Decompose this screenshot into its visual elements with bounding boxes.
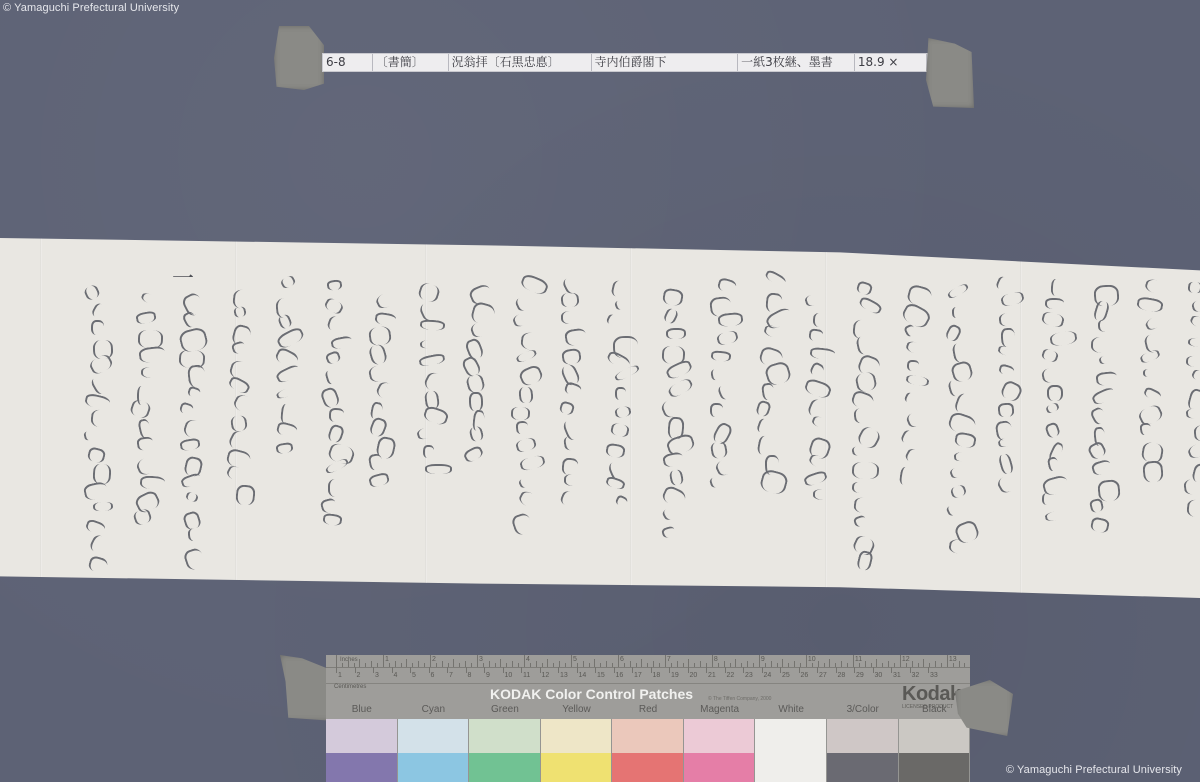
- ink-stroke: [425, 464, 452, 474]
- patch-saturated: [684, 753, 755, 782]
- ruler-tick: [503, 667, 504, 673]
- ink-stroke: [1140, 441, 1164, 463]
- ink-stroke: [1041, 348, 1060, 363]
- ink-stroke: [905, 409, 928, 429]
- ink-stroke: [83, 481, 109, 501]
- ruler-inch-label: 12: [902, 656, 910, 663]
- ruler-cm-label: 12: [542, 672, 550, 679]
- patch-label-3-color: 3/Color: [827, 704, 899, 718]
- copyright-watermark-bottom: © Yamaguchi Prefectural University: [1006, 764, 1182, 776]
- patch-saturated: [326, 753, 397, 782]
- ruler-tick: [799, 667, 800, 673]
- ink-stroke: [716, 383, 733, 401]
- ruler-cm-label: 2: [357, 672, 361, 679]
- ruler-inch-label: 5: [573, 656, 577, 663]
- ink-stroke: [953, 432, 976, 449]
- ink-stroke: [810, 415, 832, 431]
- ink-stroke: [1042, 493, 1054, 505]
- ruler-cm-label: 31: [893, 672, 901, 679]
- ink-stroke: [276, 421, 298, 438]
- patch-label-green: Green: [469, 704, 541, 718]
- catalog-label-cell: 寺内伯爵閣下: [592, 54, 739, 71]
- ink-stroke: [852, 481, 870, 493]
- ink-stroke: [809, 361, 826, 378]
- ruler-tick: [577, 667, 578, 673]
- paper-fold: [40, 238, 42, 598]
- ruler-inch-label: 10: [808, 656, 816, 663]
- ink-stroke: [999, 379, 1024, 404]
- ruler-tick: [594, 659, 595, 667]
- patch-labels: BlueCyanGreenYellowRedMagentaWhite3/Colo…: [326, 704, 970, 718]
- ruler-cm-label: 20: [690, 672, 698, 679]
- ruler-tick: [614, 667, 615, 673]
- ink-stroke: [1187, 439, 1200, 461]
- ink-stroke: [516, 421, 529, 434]
- patch-light: [541, 719, 612, 753]
- ink-stroke: [998, 312, 1019, 327]
- ink-stroke: [419, 319, 445, 331]
- color-patch-red: [612, 719, 684, 782]
- ruler-inch-label: 9: [761, 656, 765, 663]
- ink-stroke: [946, 503, 960, 517]
- ink-stroke: [418, 353, 446, 368]
- ruler-tick: [712, 655, 713, 667]
- color-patch-green: [469, 719, 541, 782]
- ink-stroke: [998, 363, 1015, 377]
- ruler-tick: [641, 659, 642, 667]
- ink-stroke: [950, 484, 968, 500]
- ink-stroke: [1139, 349, 1161, 364]
- ink-stroke: [136, 436, 154, 451]
- handwritten-column: [658, 289, 690, 552]
- ink-stroke: [1186, 407, 1200, 418]
- ink-stroke: [904, 339, 929, 357]
- copyright-watermark-top: © Yamaguchi Prefectural University: [3, 2, 179, 14]
- ink-stroke: [1047, 385, 1063, 401]
- ink-stroke: [367, 472, 389, 488]
- ruler-tick: [759, 655, 760, 667]
- ruler-tick: [453, 659, 454, 667]
- ink-stroke: [903, 392, 916, 406]
- handwritten-column: [1038, 276, 1070, 530]
- patch-light: [684, 719, 755, 753]
- ink-stroke: [1188, 337, 1200, 348]
- ink-stroke: [853, 496, 875, 513]
- ink-stroke: [84, 430, 96, 441]
- ink-stroke: [614, 299, 628, 311]
- ruler-tick: [383, 655, 384, 667]
- ruler-tick: [447, 667, 448, 673]
- ruler-cm-label: 6: [431, 672, 435, 679]
- heading-mark: 一: [172, 262, 194, 293]
- ruler-cm-label: 23: [745, 672, 753, 679]
- ink-stroke: [854, 371, 877, 392]
- ink-stroke: [661, 525, 677, 539]
- ruler-cm-label: 19: [671, 672, 679, 679]
- ruler-cm-label: 4: [394, 672, 398, 679]
- ink-stroke: [275, 326, 305, 351]
- ink-stroke: [559, 489, 579, 508]
- ink-stroke: [997, 344, 1021, 358]
- ink-stroke: [329, 407, 344, 421]
- ink-stroke: [1142, 460, 1164, 483]
- ruler-tick: [466, 667, 467, 673]
- ink-stroke: [185, 491, 199, 503]
- handwritten-column: [460, 283, 492, 481]
- ink-stroke: [1096, 371, 1118, 386]
- ink-stroke: [233, 306, 247, 318]
- handwritten-column: [1180, 280, 1200, 532]
- ink-stroke: [1143, 386, 1162, 402]
- ruler-tick: [558, 667, 559, 673]
- ink-stroke: [661, 506, 678, 522]
- ink-stroke: [1044, 421, 1061, 438]
- handwritten-column: [943, 286, 975, 572]
- handwritten-column: [1133, 279, 1165, 479]
- patch-label-white: White: [755, 704, 827, 718]
- ink-stroke: [669, 469, 685, 487]
- ruler-tick: [853, 655, 854, 667]
- ink-stroke: [907, 360, 920, 372]
- ink-stroke: [93, 464, 112, 485]
- ruler-cm-label: 25: [782, 672, 790, 679]
- ink-stroke: [91, 320, 104, 336]
- ink-stroke: [666, 328, 686, 340]
- ink-stroke: [515, 348, 538, 364]
- ink-stroke: [755, 400, 772, 418]
- ruler-inch-label: 2: [432, 656, 436, 663]
- ink-stroke: [187, 527, 203, 541]
- ink-stroke: [813, 489, 839, 500]
- ink-stroke: [997, 402, 1014, 417]
- patch-saturated: [541, 753, 612, 782]
- patch-light: [755, 719, 826, 782]
- handwritten-column: [317, 280, 349, 548]
- ruler-tick: [735, 659, 736, 667]
- ink-stroke: [137, 418, 152, 439]
- ink-stroke: [469, 392, 483, 412]
- ink-stroke: [368, 343, 389, 366]
- ink-stroke: [1190, 368, 1200, 383]
- ink-stroke: [710, 441, 729, 459]
- patch-light: [326, 719, 397, 753]
- kodak-color-control-card: Inches 12345678910111213 123456789101112…: [326, 655, 970, 782]
- ruler-cm-label: 9: [486, 672, 490, 679]
- ink-stroke: [710, 368, 723, 381]
- ruler-cm-label: 16: [616, 672, 624, 679]
- ink-stroke: [610, 280, 628, 299]
- handwritten-column: [555, 274, 587, 510]
- ink-stroke: [368, 362, 395, 383]
- ink-stroke: [1000, 291, 1025, 309]
- ink-stroke: [756, 435, 773, 457]
- ink-stroke: [139, 475, 164, 490]
- ink-stroke: [1186, 499, 1200, 518]
- ink-stroke: [1089, 516, 1109, 533]
- ruler-tick: [571, 655, 572, 667]
- patch-label-yellow: Yellow: [541, 704, 613, 718]
- ink-stroke: [610, 422, 630, 437]
- ink-stroke: [564, 474, 587, 486]
- ruler-tick: [817, 667, 818, 673]
- catalog-label-cell: 18.9 ×: [855, 54, 927, 71]
- ink-stroke: [324, 297, 345, 316]
- ink-stroke: [1143, 369, 1156, 377]
- patch-saturated: [899, 753, 970, 782]
- ruler-cm-label: 8: [468, 672, 472, 679]
- ruler-inch-label: 11: [855, 656, 862, 663]
- ink-stroke: [1045, 402, 1061, 415]
- ruler-tick: [829, 659, 830, 667]
- ruler-tick: [484, 667, 485, 673]
- ruler-cm-label: 7: [449, 672, 453, 679]
- ruler-cm-label: 26: [801, 672, 809, 679]
- handwritten-column: [222, 287, 254, 516]
- handwritten-column: [127, 292, 159, 538]
- ink-stroke: [140, 367, 165, 379]
- ink-stroke: [416, 424, 441, 441]
- ink-stroke: [1193, 424, 1200, 441]
- ruler-inch-label: 4: [526, 656, 530, 663]
- ink-stroke: [906, 374, 930, 387]
- patch-saturated: [398, 753, 469, 782]
- ink-stroke: [661, 451, 684, 468]
- ruler-tick: [651, 667, 652, 673]
- handwritten-column: [753, 273, 785, 500]
- patch-light: [899, 719, 970, 753]
- ink-stroke: [326, 279, 342, 291]
- ink-stroke: [561, 292, 580, 308]
- ink-stroke: [1045, 297, 1064, 309]
- ink-stroke: [855, 280, 873, 296]
- ink-stroke: [1191, 298, 1200, 314]
- ink-stroke: [756, 418, 771, 434]
- ink-stroke: [83, 284, 101, 302]
- ruler-tick: [521, 667, 522, 673]
- ruler-cm-label: 29: [856, 672, 864, 679]
- ink-stroke: [368, 416, 388, 438]
- ruler-tick: [923, 659, 924, 667]
- catalog-label-cell: 6-8: [323, 54, 373, 71]
- ruler-tick: [429, 667, 430, 673]
- ink-stroke: [235, 484, 256, 505]
- ink-stroke: [898, 466, 912, 485]
- ink-stroke: [324, 350, 341, 365]
- ink-stroke: [952, 307, 963, 318]
- ruler-cm-label: 14: [579, 672, 587, 679]
- ink-stroke: [87, 555, 109, 575]
- ink-stroke: [952, 342, 970, 363]
- ruler-cm-label: 22: [727, 672, 735, 679]
- patch-saturated: [612, 753, 683, 782]
- ink-stroke: [662, 288, 684, 307]
- ruler-tick: [782, 659, 783, 667]
- ink-stroke: [808, 328, 824, 342]
- ruler-tick: [706, 667, 707, 673]
- ink-stroke: [90, 410, 113, 429]
- ruler-tick: [430, 655, 431, 667]
- ink-stroke: [1098, 319, 1116, 333]
- ink-stroke: [281, 403, 293, 423]
- ruler-tick: [524, 655, 525, 667]
- ink-stroke: [326, 315, 345, 333]
- color-patch-white: [755, 719, 827, 782]
- ink-stroke: [274, 364, 300, 385]
- ruler-cm-label: 3: [375, 672, 379, 679]
- ink-stroke: [134, 453, 163, 478]
- ruler-tick: [743, 667, 744, 673]
- ruler-tick: [780, 667, 781, 673]
- ruler-tick: [477, 655, 478, 667]
- ruler-tick: [595, 667, 596, 673]
- color-patch-cyan: [398, 719, 470, 782]
- ink-stroke: [374, 311, 397, 326]
- ink-stroke: [761, 382, 776, 401]
- ruler-tick: [900, 655, 901, 667]
- ink-stroke: [90, 375, 108, 395]
- ink-stroke: [948, 539, 974, 557]
- catalog-label-cell: 一紙3枚継、墨書: [738, 54, 855, 71]
- ink-stroke: [660, 484, 687, 509]
- ruler-tick: [540, 667, 541, 673]
- ink-stroke: [856, 550, 874, 571]
- patch-light: [469, 719, 540, 753]
- handwritten-column: [848, 281, 880, 572]
- ruler: Inches 12345678910111213 123456789101112…: [326, 655, 970, 684]
- ink-stroke: [716, 329, 739, 346]
- ruler-inch-label: 1: [385, 656, 389, 663]
- ruler-tick: [873, 667, 874, 673]
- ink-stroke: [995, 275, 1011, 291]
- patch-saturated: [469, 753, 540, 782]
- handwritten-column: [412, 282, 444, 494]
- ruler-tick: [725, 667, 726, 673]
- ruler-tick: [806, 655, 807, 667]
- ruler-cm-label: 28: [838, 672, 846, 679]
- ink-stroke: [1091, 386, 1117, 407]
- ink-stroke: [804, 292, 825, 308]
- ink-stroke: [1044, 509, 1070, 522]
- patch-light: [398, 719, 469, 753]
- ruler-cm-label: 11: [523, 672, 530, 679]
- ink-stroke: [514, 295, 532, 312]
- ink-stroke: [511, 310, 534, 329]
- ink-stroke: [810, 347, 836, 361]
- ink-stroke: [614, 406, 632, 419]
- catalog-label: 6-8〔書簡〕況翁拝〔石黒忠悳〕寺内伯爵閣下一紙3枚継、墨書18.9 ×: [322, 53, 928, 72]
- ruler-tick: [547, 659, 548, 667]
- ink-stroke: [468, 426, 484, 443]
- ink-stroke: [276, 441, 294, 454]
- catalog-label-cell: 況翁拝〔石黒忠悳〕: [449, 54, 592, 71]
- ink-stroke: [564, 381, 582, 397]
- ink-stroke: [1041, 310, 1065, 328]
- ink-stroke: [280, 275, 297, 290]
- handwritten-column: [990, 273, 1022, 499]
- ruler-cm-label: 17: [634, 672, 642, 679]
- ink-stroke: [320, 497, 338, 514]
- ink-stroke: [954, 452, 974, 462]
- ink-stroke: [813, 312, 829, 327]
- ink-stroke: [186, 385, 200, 398]
- ruler-tick: [688, 667, 689, 673]
- ink-stroke: [1136, 296, 1164, 313]
- ink-stroke: [615, 386, 626, 399]
- ink-stroke: [558, 400, 575, 416]
- ink-stroke: [709, 402, 722, 416]
- ink-stroke: [564, 327, 587, 346]
- ruler-tick: [876, 659, 877, 667]
- ink-stroke: [462, 444, 485, 464]
- ink-stroke: [944, 322, 963, 342]
- ink-stroke: [708, 476, 722, 489]
- ruler-tick: [359, 659, 360, 667]
- ink-stroke: [561, 457, 579, 475]
- ruler-cm-label: 5: [412, 672, 416, 679]
- ruler-tick: [355, 667, 356, 673]
- ink-stroke: [232, 288, 257, 309]
- patch-light: [612, 719, 683, 753]
- patch-label-blue: Blue: [326, 704, 398, 718]
- ink-stroke: [996, 471, 1022, 495]
- ink-stroke: [858, 295, 884, 316]
- patch-label-magenta: Magenta: [684, 704, 756, 718]
- ink-stroke: [710, 350, 731, 362]
- handwritten-column: [895, 285, 927, 496]
- ink-stroke: [1041, 366, 1063, 384]
- ink-stroke: [83, 392, 110, 411]
- ink-stroke: [322, 513, 343, 527]
- ink-stroke: [230, 415, 248, 433]
- ruler-tick: [336, 655, 337, 667]
- ruler-cm-label: 10: [505, 672, 513, 679]
- ink-stroke: [1089, 406, 1108, 426]
- ruler-centimetres-label: Centimetres: [334, 684, 366, 690]
- ink-stroke: [328, 479, 346, 497]
- ruler-tick: [836, 667, 837, 673]
- ink-stroke: [803, 470, 828, 488]
- ruler-cm-label: 27: [819, 672, 827, 679]
- ink-stroke: [1139, 423, 1152, 437]
- kodak-card-title: KODAK Color Control Patches: [490, 686, 693, 702]
- ruler-tick: [928, 667, 929, 673]
- ink-stroke: [561, 311, 583, 324]
- ink-stroke: [420, 339, 440, 349]
- handwritten-column: [270, 277, 302, 467]
- ruler-tick: [910, 667, 911, 673]
- ink-stroke: [855, 334, 874, 355]
- ink-stroke: [327, 423, 346, 444]
- ink-stroke: [803, 377, 833, 400]
- ink-stroke: [1098, 352, 1115, 365]
- ink-stroke: [900, 429, 917, 446]
- ink-stroke: [714, 455, 739, 477]
- ink-stroke: [178, 401, 194, 416]
- ruler-tick: [410, 667, 411, 673]
- ink-stroke: [614, 494, 629, 508]
- ink-stroke: [851, 445, 866, 457]
- patch-saturated: [827, 753, 898, 782]
- ruler-tick: [854, 667, 855, 673]
- ruler-inch-label: 13: [949, 656, 957, 663]
- handwritten-column: [175, 293, 207, 575]
- ruler-cm-label: 13: [560, 672, 568, 679]
- handwritten-column: [602, 279, 634, 515]
- patch-label-red: Red: [612, 704, 684, 718]
- ruler-tick: [762, 667, 763, 673]
- ink-stroke: [179, 437, 201, 451]
- handwritten-column: [507, 277, 539, 531]
